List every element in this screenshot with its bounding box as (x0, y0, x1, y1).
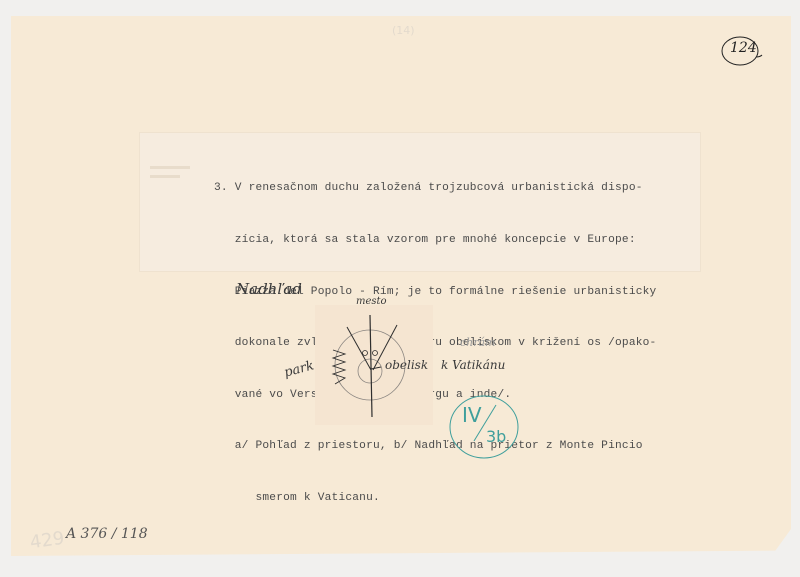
handwritten-above-right-label: chrám (460, 336, 496, 349)
page-number: 124 (720, 34, 760, 66)
stamp-circle-icon (448, 393, 520, 463)
caption-line: smerom k Vaticanu. (214, 490, 656, 507)
handwritten-right-label: k Vatikánu (441, 358, 505, 372)
ghost-text-block (150, 160, 210, 190)
handwritten-heading: Nadhľad (236, 280, 302, 298)
caption-line: vané vo Versailles, Petersburgu a inde/. (214, 387, 656, 404)
ghost-mark-top: (14) (392, 24, 415, 37)
inventory-stamp: IV 3b (448, 393, 520, 463)
typed-caption: 3. V renesačnom duchu založená trojzubco… (214, 146, 656, 524)
archive-number: A 376 / 118 (66, 526, 148, 542)
caption-line: dokonale zvládnutého priestoru obeliskom… (214, 335, 656, 352)
caption-line: a/ Pohľad z priestoru, b/ Nadhľad na pri… (214, 438, 656, 455)
handwritten-obelisk-label: obelisk (385, 358, 428, 372)
caption-line: zícia, ktorá sa stala vzorom pre mnohé k… (214, 232, 656, 249)
caption-line: 3. V renesačnom duchu založená trojzubco… (214, 180, 656, 197)
